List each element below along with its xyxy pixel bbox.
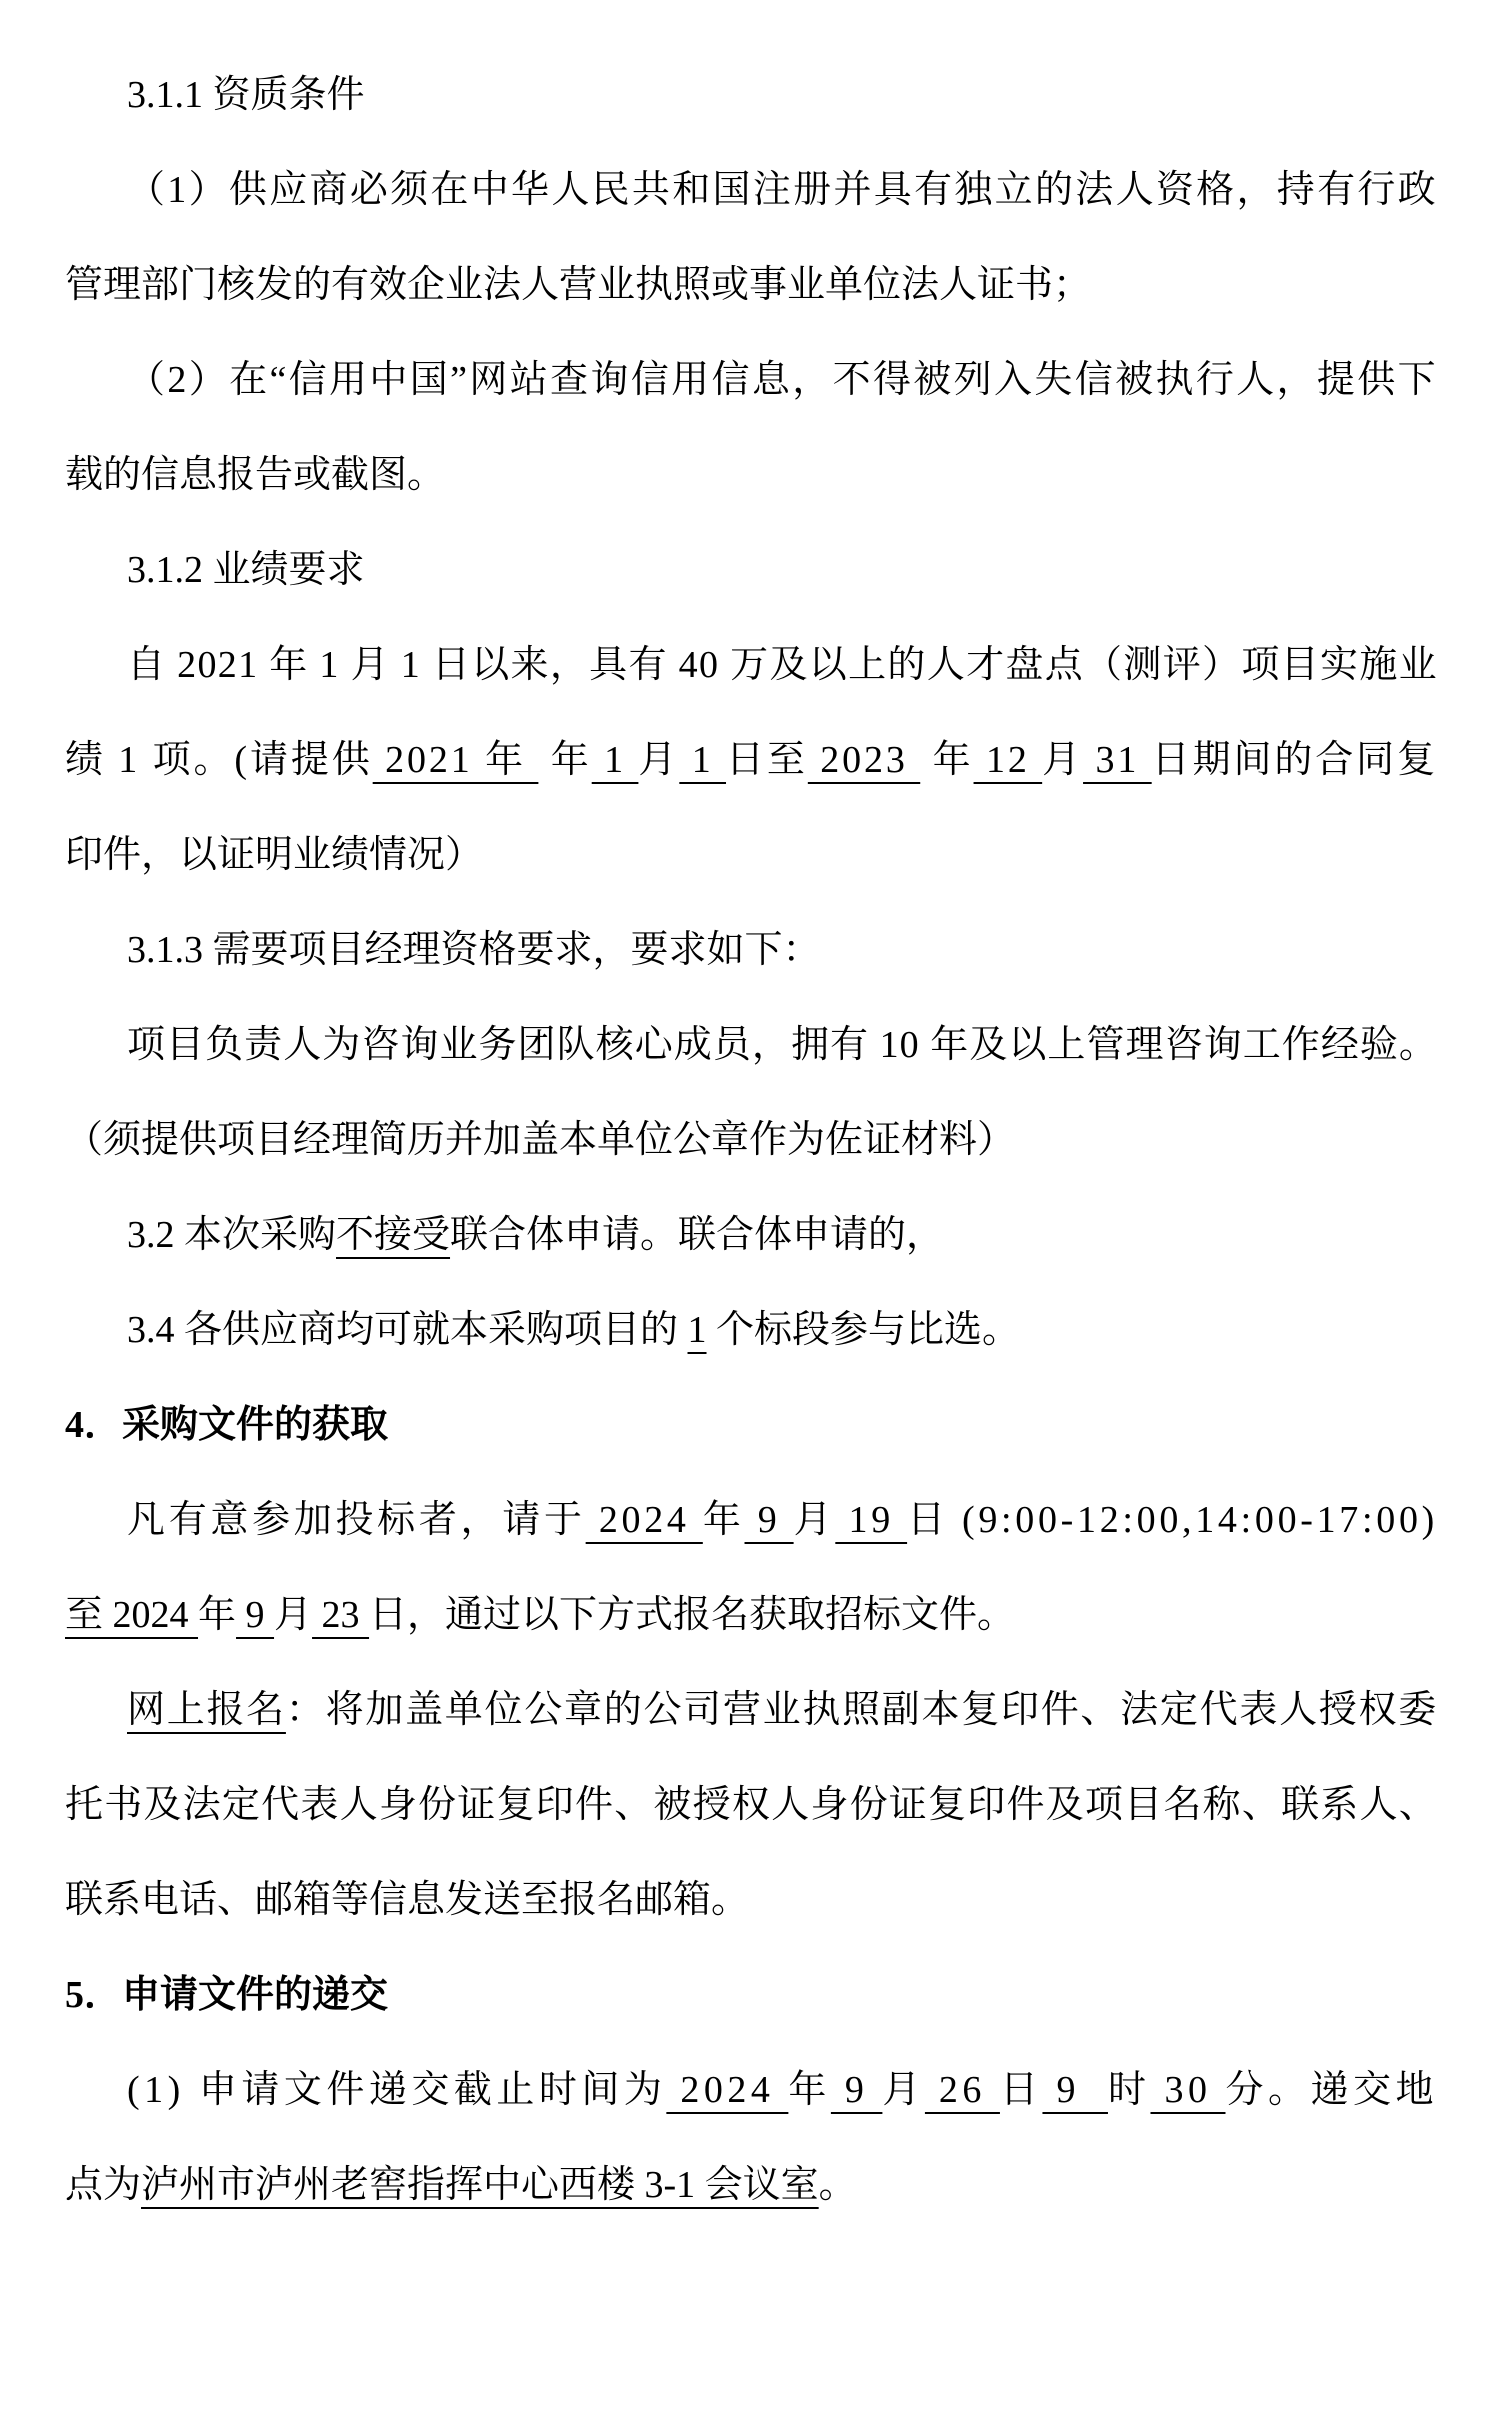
text-run: 凡有意参加投标者，请于 xyxy=(127,1499,586,1541)
line-text: 项目负责人为咨询业务团队核心成员，拥有 10 年及以上管理咨询工作经验。 xyxy=(127,1024,1438,1066)
text-run: 月 xyxy=(274,1594,312,1636)
text-run: 托书及法定代表人身份证复印件、被授权人身份证复印件及项目名称、联系人、 xyxy=(65,1784,1438,1826)
para-supplier-qualification-line-2: 管理部门核发的有效企业法人营业执照或事业单位法人证书； xyxy=(65,238,1438,333)
line-text: 托书及法定代表人身份证复印件、被授权人身份证复印件及项目名称、联系人、 xyxy=(65,1784,1438,1826)
underlined-text: 31 xyxy=(1083,739,1152,781)
text-run: 3.1.3 需要项目经理资格要求，要求如下： xyxy=(127,929,821,971)
para-performance-line-1: 自 2021 年 1 月 1 日以来，具有 40 万及以上的人才盘点（测评）项目… xyxy=(65,618,1438,713)
para-performance-line-3: 印件，以证明业绩情况） xyxy=(65,808,1438,903)
underlined-text: 30 xyxy=(1150,2069,1225,2111)
text-run: 项目负责人为咨询业务团队核心成员，拥有 10 年及以上管理咨询工作经验。 xyxy=(127,1024,1438,1066)
underlined-text: 1 xyxy=(688,1309,707,1351)
para-credit-china-line-2: 载的信息报告或截图。 xyxy=(65,428,1438,523)
text-run: 分。递交地 xyxy=(1226,2069,1439,2111)
text-run: 月 xyxy=(882,2069,925,2111)
line-text: (1) 申请文件递交截止时间为 2024 年 9 月 26 日 9 时 30 分… xyxy=(127,2069,1438,2111)
text-run: 日，通过以下方式报名获取招标文件。 xyxy=(369,1594,1015,1636)
line-text: （2）在“信用中国”网站查询信用信息，不得被列入失信被执行人，提供下 xyxy=(127,359,1438,401)
text-run: （须提供项目经理简历并加盖本单位公章作为佐证材料） xyxy=(65,1119,1015,1161)
text-run: 年 xyxy=(703,1499,745,1541)
line-text: 网上报名：将加盖单位公章的公司营业执照副本复印件、法定代表人授权委 xyxy=(127,1689,1438,1731)
para-submission-deadline-line-2: 点为泸州市泸州老窖指挥中心西楼 3-1 会议室。 xyxy=(65,2138,1438,2233)
text-run: 年 xyxy=(788,2069,831,2111)
underlined-text: 23 xyxy=(312,1594,369,1636)
underlined-text: 9 xyxy=(831,2069,883,2111)
text-run: 3.2 本次采购 xyxy=(127,1214,336,1256)
para-credit-china-line-1: （2）在“信用中国”网站查询信用信息，不得被列入失信被执行人，提供下 xyxy=(65,333,1438,428)
line-text: 3.2 本次采购不接受联合体申请。联合体申请的， xyxy=(127,1214,944,1256)
text-run: 年 xyxy=(920,739,973,781)
para-project-manager-line-2: （须提供项目经理简历并加盖本单位公章作为佐证材料） xyxy=(65,1093,1438,1188)
text-run: 3.1.2 业绩要求 xyxy=(127,549,365,591)
para-online-registration-line-3: 联系电话、邮箱等信息发送至报名邮箱。 xyxy=(65,1853,1438,1948)
underlined-text: 1 xyxy=(679,739,726,781)
underlined-text: 2023 xyxy=(808,739,920,781)
text-run: 联系电话、邮箱等信息发送至报名邮箱。 xyxy=(65,1879,749,1921)
text-run: 。 xyxy=(819,2164,857,2206)
para-acquisition-line-2: 至 2024 年 9 月 23 日，通过以下方式报名获取招标文件。 xyxy=(65,1568,1438,1663)
text-run: 日 (9:00-12:00,14:00-17:00) xyxy=(907,1499,1438,1541)
underlined-text: 9 xyxy=(745,1499,794,1541)
text-run: (1) 申请文件递交截止时间为 xyxy=(127,2069,666,2111)
text-run: 个标段参与比选。 xyxy=(707,1309,1021,1351)
text-run: 3.4 各供应商均可就本采购项目的 xyxy=(127,1309,688,1351)
document-page: 3.1.1 资质条件（1）供应商必须在中华人民共和国注册并具有独立的法人资格，持… xyxy=(0,0,1500,2233)
underlined-text: 1 xyxy=(592,739,639,781)
heading-3-1-2: 3.1.2 业绩要求 xyxy=(65,523,1438,618)
text-run: ：将加盖单位公章的公司营业执照副本复印件、法定代表人授权委 xyxy=(286,1689,1438,1731)
line-text: 自 2021 年 1 月 1 日以来，具有 40 万及以上的人才盘点（测评）项目… xyxy=(127,644,1438,686)
line-text: 凡有意参加投标者，请于 2024 年 9 月 19 日 (9:00-12:00,… xyxy=(127,1499,1438,1541)
text-run: 日 xyxy=(1000,2069,1043,2111)
text-run: 5．申请文件的递交 xyxy=(65,1974,388,2016)
underlined-text: 26 xyxy=(925,2069,1000,2111)
text-run: 年 xyxy=(198,1594,236,1636)
text-run: 自 2021 年 1 月 1 日以来，具有 40 万及以上的人才盘点（测评）项目… xyxy=(127,644,1438,686)
text-run: （1）供应商必须在中华人民共和国注册并具有独立的法人资格，持有行政 xyxy=(127,169,1438,211)
text-run: 联合体申请。联合体申请的， xyxy=(450,1214,944,1256)
line-text: 4．采购文件的获取 xyxy=(65,1404,388,1446)
para-supplier-qualification-line-1: （1）供应商必须在中华人民共和国注册并具有独立的法人资格，持有行政 xyxy=(65,143,1438,238)
line-text: 3.1.2 业绩要求 xyxy=(127,549,365,591)
text-run: 绩 1 项。(请提供 xyxy=(65,739,373,781)
underlined-text: 泸州市泸州老窖指挥中心西楼 3-1 会议室 xyxy=(141,2164,819,2206)
line-text: 管理部门核发的有效企业法人营业执照或事业单位法人证书； xyxy=(65,264,1091,306)
text-run: 月 xyxy=(638,739,679,781)
heading-3-1-3: 3.1.3 需要项目经理资格要求，要求如下： xyxy=(65,903,1438,998)
text-run: 4．采购文件的获取 xyxy=(65,1404,388,1446)
line-text: 载的信息报告或截图。 xyxy=(65,454,445,496)
underlined-text: 19 xyxy=(835,1499,907,1541)
text-run: （2）在“信用中国”网站查询信用信息，不得被列入失信被执行人，提供下 xyxy=(127,359,1438,401)
underlined-text: 不接受 xyxy=(336,1214,450,1256)
underlined-text: 网上报名 xyxy=(127,1689,286,1731)
para-performance-line-2: 绩 1 项。(请提供 2021 年 年 1 月 1 日至 2023 年 12 月… xyxy=(65,713,1438,808)
text-run: 月 xyxy=(794,1499,836,1541)
text-run: 载的信息报告或截图。 xyxy=(65,454,445,496)
para-online-registration-line-2: 托书及法定代表人身份证复印件、被授权人身份证复印件及项目名称、联系人、 xyxy=(65,1758,1438,1853)
underlined-text: 2024 xyxy=(586,1499,703,1541)
text-run: 月 xyxy=(1042,739,1083,781)
heading-5-document-submission: 5．申请文件的递交 xyxy=(65,1948,1438,2043)
heading-3-1-1: 3.1.1 资质条件 xyxy=(65,48,1438,143)
text-run: 3.1.1 资质条件 xyxy=(127,74,365,116)
line-text: 联系电话、邮箱等信息发送至报名邮箱。 xyxy=(65,1879,749,1921)
underlined-text: 2021 年 xyxy=(373,739,539,781)
underlined-text: 2024 xyxy=(666,2069,788,2111)
para-acquisition-line-1: 凡有意参加投标者，请于 2024 年 9 月 19 日 (9:00-12:00,… xyxy=(65,1473,1438,1568)
para-submission-deadline-line-1: (1) 申请文件递交截止时间为 2024 年 9 月 26 日 9 时 30 分… xyxy=(65,2043,1438,2138)
underlined-text: 9 xyxy=(1042,2069,1108,2111)
line-text: 5．申请文件的递交 xyxy=(65,1974,388,2016)
underlined-text: 9 xyxy=(236,1594,274,1636)
text-run: 日期间的合同复 xyxy=(1152,739,1438,781)
line-text: （须提供项目经理简历并加盖本单位公章作为佐证材料） xyxy=(65,1119,1015,1161)
text-run: 点为 xyxy=(65,2164,141,2206)
text-run: 管理部门核发的有效企业法人营业执照或事业单位法人证书； xyxy=(65,264,1091,306)
underlined-text: 12 xyxy=(974,739,1043,781)
para-3-2-consortium: 3.2 本次采购不接受联合体申请。联合体申请的， xyxy=(65,1188,1438,1283)
line-text: 至 2024 年 9 月 23 日，通过以下方式报名获取招标文件。 xyxy=(65,1594,1015,1636)
para-project-manager-line-1: 项目负责人为咨询业务团队核心成员，拥有 10 年及以上管理咨询工作经验。 xyxy=(65,998,1438,1093)
text-run: 日至 xyxy=(726,739,808,781)
para-online-registration-line-1: 网上报名：将加盖单位公章的公司营业执照副本复印件、法定代表人授权委 xyxy=(65,1663,1438,1758)
underlined-text: 至 2024 xyxy=(65,1594,198,1636)
line-text: 点为泸州市泸州老窖指挥中心西楼 3-1 会议室。 xyxy=(65,2164,857,2206)
line-text: 3.4 各供应商均可就本采购项目的 1 个标段参与比选。 xyxy=(127,1309,1020,1351)
line-text: 印件，以证明业绩情况） xyxy=(65,834,483,876)
para-3-4-bid-section: 3.4 各供应商均可就本采购项目的 1 个标段参与比选。 xyxy=(65,1283,1438,1378)
text-run: 时 xyxy=(1108,2069,1151,2111)
text-run: 印件，以证明业绩情况） xyxy=(65,834,483,876)
line-text: （1）供应商必须在中华人民共和国注册并具有独立的法人资格，持有行政 xyxy=(127,169,1438,211)
line-text: 绩 1 项。(请提供 2021 年 年 1 月 1 日至 2023 年 12 月… xyxy=(65,739,1438,781)
line-text: 3.1.3 需要项目经理资格要求，要求如下： xyxy=(127,929,821,971)
heading-4-document-acquisition: 4．采购文件的获取 xyxy=(65,1378,1438,1473)
line-text: 3.1.1 资质条件 xyxy=(127,74,365,116)
text-run: 年 xyxy=(538,739,591,781)
